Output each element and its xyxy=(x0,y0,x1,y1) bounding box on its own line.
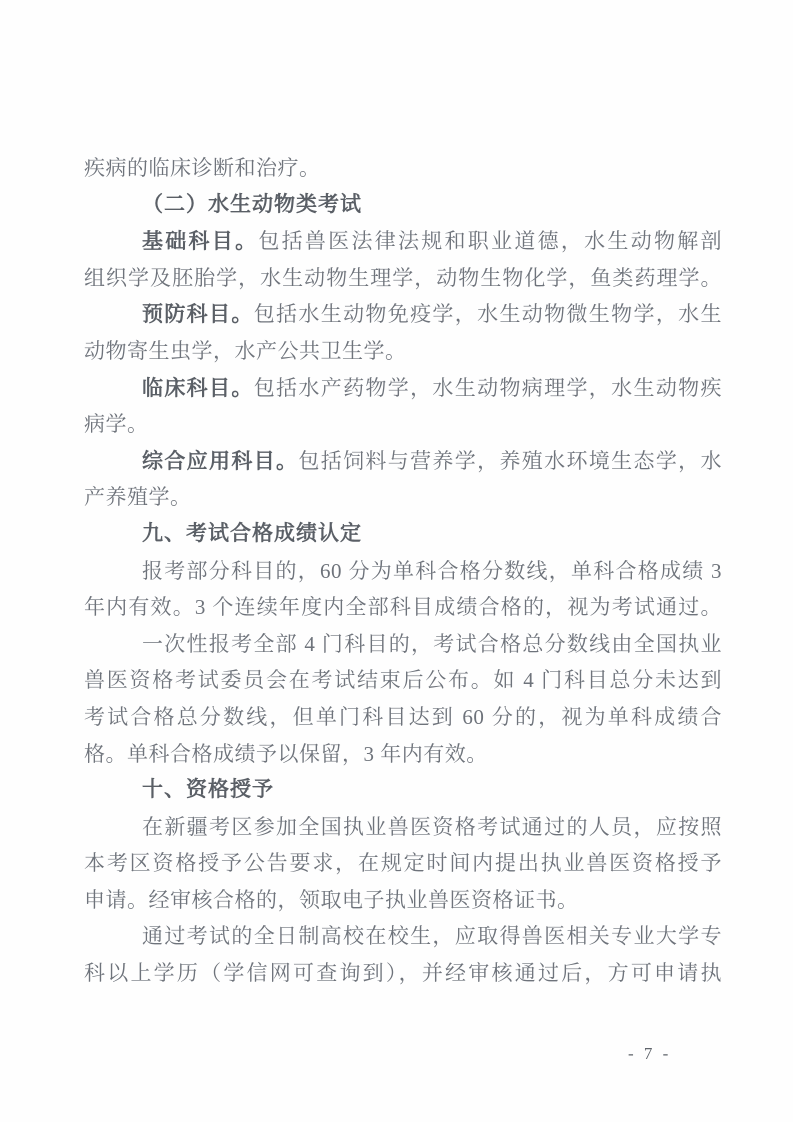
section-heading: 十、资格授予 xyxy=(84,772,722,809)
paragraph-line: 年内有效。3 个连续年度内全部科目成绩合格的，视为考试通过。 xyxy=(84,589,722,626)
paragraph-line: 组织学及胚胎学，水生动物生理学，动物生物化学，鱼类药理学。 xyxy=(84,260,722,297)
paragraph-line: 预防科目。包括水生动物免疫学，水生动物微生物学，水生 xyxy=(84,296,722,333)
paragraph-line: 格。单科合格成绩予以保留，3 年内有效。 xyxy=(84,736,722,773)
paragraph-line: 考试合格总分数线，但单门科目达到 60 分的，视为单科成绩合 xyxy=(84,699,722,736)
paragraph-line: 基础科目。包括兽医法律法规和职业道德，水生动物解剖学、 xyxy=(84,223,722,260)
paragraph-line: 本考区资格授予公告要求，在规定时间内提出执业兽医资格授予 xyxy=(84,845,722,882)
paragraph-line: 动物寄生虫学，水产公共卫生学。 xyxy=(84,333,722,370)
section-heading: 九、考试合格成绩认定 xyxy=(84,516,722,553)
paragraph-line: 疾病的临床诊断和治疗。 xyxy=(84,150,722,187)
paragraph-line: 一次性报考全部 4 门科目的，考试合格总分数线由全国执业 xyxy=(84,626,722,663)
line-text: 包括饲料与营养学，养殖水环境生态学，水 xyxy=(298,449,722,473)
paragraph-line: 综合应用科目。包括饲料与营养学，养殖水环境生态学，水 xyxy=(84,443,722,480)
paragraph-line: 产养殖学。 xyxy=(84,479,722,516)
paragraph-line: 报考部分科目的，60 分为单科合格分数线，单科合格成绩 3 xyxy=(84,553,722,590)
document-body: 疾病的临床诊断和治疗。 （二）水生动物类考试 基础科目。包括兽医法律法规和职业道… xyxy=(84,150,722,992)
subject-label: 基础科目。 xyxy=(142,230,258,253)
document-page: 疾病的临床诊断和治疗。 （二）水生动物类考试 基础科目。包括兽医法律法规和职业道… xyxy=(0,0,793,1122)
paragraph-line: 病学。 xyxy=(84,406,722,443)
subject-label: 预防科目。 xyxy=(142,303,254,326)
paragraph-line: 兽医资格考试委员会在考试结束后公布。如 4 门科目总分未达到 xyxy=(84,662,722,699)
subject-label: 综合应用科目。 xyxy=(142,450,298,473)
paragraph-line: 科以上学历（学信网可查询到），并经审核通过后，方可申请执 xyxy=(84,955,722,992)
paragraph-line: 在新疆考区参加全国执业兽医资格考试通过的人员，应按照 xyxy=(84,809,722,846)
subject-label: 临床科目。 xyxy=(142,377,254,400)
section-heading: （二）水生动物类考试 xyxy=(84,187,722,224)
paragraph-line: 申请。经审核合格的，领取电子执业兽医资格证书。 xyxy=(84,882,722,919)
line-text: 包括水产药物学，水生动物病理学，水生动物疾 xyxy=(254,376,722,400)
line-text: 包括水生动物免疫学，水生动物微生物学，水生 xyxy=(254,302,722,326)
paragraph-line: 临床科目。包括水产药物学，水生动物病理学，水生动物疾 xyxy=(84,370,722,407)
page-number: - 7 - xyxy=(628,1043,718,1065)
paragraph-line: 通过考试的全日制高校在校生，应取得兽医相关专业大学专 xyxy=(84,918,722,955)
